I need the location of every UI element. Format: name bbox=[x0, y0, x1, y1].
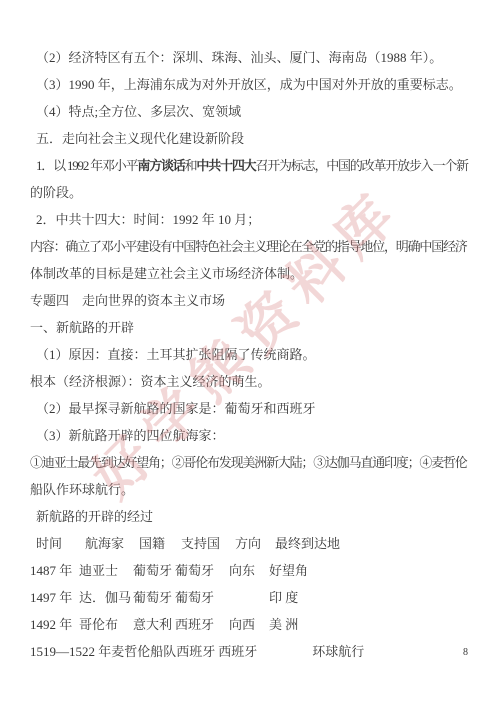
table-cell: 西班牙 bbox=[175, 611, 229, 638]
table-cell: 西班牙 bbox=[176, 638, 218, 665]
text-line: 五．走向社会主义现代化建设新阶段 bbox=[30, 125, 472, 152]
table-header-cell: 支持国 bbox=[181, 530, 235, 557]
table-header-cell: 最终到达地 bbox=[275, 530, 340, 557]
text-line: （2）经济特区有五个：深圳、珠海、汕头、厦门、海南岛（1988 年）。 bbox=[30, 44, 472, 71]
table-row: 1519—1522 年麦哲伦船队西班牙西班牙环球航行 bbox=[30, 638, 472, 665]
table-cell: 环球航行 bbox=[312, 638, 364, 665]
text-line: （3）1990 年，上海浦东成为对外开放区，成为中国对外开放的重要标志。 bbox=[30, 71, 472, 98]
text-line: 1．以 1992 年邓小平南方谈话和中共十四大召开为标志，中国的改革开放步入一个… bbox=[30, 152, 472, 179]
text-segment: 召开为标志，中国的改革开放步入一个新 bbox=[255, 158, 467, 173]
page-number: 8 bbox=[463, 646, 468, 660]
text-line: 的阶段。 bbox=[30, 179, 472, 206]
table-header-cell: 方向 bbox=[235, 530, 275, 557]
text-line: 新航路的开辟的经过 bbox=[30, 503, 472, 530]
table-header-cell: 航海家 bbox=[85, 530, 139, 557]
table-cell: 哥伦布 bbox=[79, 611, 133, 638]
table-cell: 葡萄牙 bbox=[175, 557, 229, 584]
bold-text-segment: 中共十四大 bbox=[196, 158, 255, 173]
table-cell: 葡萄牙 bbox=[133, 584, 175, 611]
table-cell: 1487 年 bbox=[30, 557, 79, 584]
table-cell: 迪亚士 bbox=[79, 557, 133, 584]
text-line: 内容：确立了邓小平建设有中国特色社会主义理论在全党的指导地位，明确中国经济 bbox=[30, 233, 472, 260]
text-line: 根本（经济根源）：资本主义经济的萌生。 bbox=[30, 368, 472, 395]
text-line: （3）新航路开辟的四位航海家： bbox=[30, 422, 472, 449]
text-line: （2）最早探寻新航路的国家是：葡萄牙和西班牙 bbox=[30, 395, 472, 422]
text-segment: 和 bbox=[185, 158, 197, 173]
table-cell: 美 洲 bbox=[269, 611, 298, 638]
table-row: 1487 年迪亚士葡萄牙葡萄牙向东好望角 bbox=[30, 557, 472, 584]
table-cell: 意大利 bbox=[133, 611, 175, 638]
text-line: （1）原因：直接：土耳其扩张阻隔了传统商路。 bbox=[30, 341, 472, 368]
table-cell: 1519—1522 年 bbox=[30, 638, 111, 665]
table-cell: 向西 bbox=[229, 611, 269, 638]
table-header-cell: 国籍 bbox=[139, 530, 181, 557]
table-cell: 西班牙 bbox=[218, 638, 272, 665]
table-cell bbox=[229, 584, 269, 611]
table-cell: 葡萄牙 bbox=[175, 584, 229, 611]
text-line: 专题四 走向世界的资本主义市场 bbox=[30, 287, 472, 314]
table-cell: 印 度 bbox=[269, 584, 298, 611]
text-line: （4）特点;全方位、多层次、宽领域 bbox=[30, 98, 472, 125]
table-cell: 1492 年 bbox=[30, 611, 79, 638]
table-cell: 达．伽马 bbox=[79, 584, 133, 611]
text-line: 体制改革的目标是建立社会主义市场经济体制。 bbox=[30, 260, 472, 287]
table-header-row: 时间航海家国籍支持国方向最终到达地 bbox=[30, 530, 472, 557]
table-row: 1497 年达．伽马葡萄牙葡萄牙印 度 bbox=[30, 584, 472, 611]
table-cell: 麦哲伦船队 bbox=[111, 638, 176, 665]
text-line: 一、新航路的开辟 bbox=[30, 314, 472, 341]
text-segment: 1．以 1992 年邓小平 bbox=[36, 158, 137, 173]
table-cell: 好望角 bbox=[269, 557, 308, 584]
table-cell: 葡萄牙 bbox=[133, 557, 175, 584]
table-cell: 1497 年 bbox=[30, 584, 79, 611]
document-content: （2）经济特区有五个：深圳、珠海、汕头、厦门、海南岛（1988 年）。（3）19… bbox=[30, 44, 472, 665]
text-line: ①迪亚士最先到达好望角；②哥伦布发现美洲新大陆；③达伽马直通印度；④麦哲伦 bbox=[30, 449, 472, 476]
text-line: 船队作环球航行。 bbox=[30, 476, 472, 503]
table-row: 1492 年哥伦布意大利西班牙向西美 洲 bbox=[30, 611, 472, 638]
document-page: 好学熊资料库 （2）经济特区有五个：深圳、珠海、汕头、厦门、海南岛（1988 年… bbox=[0, 0, 500, 707]
table-header-cell: 时间 bbox=[36, 530, 85, 557]
table-cell: 向东 bbox=[229, 557, 269, 584]
table-cell bbox=[272, 638, 312, 665]
bold-text-segment: 南方谈话 bbox=[137, 158, 184, 173]
text-line: 2．中共十四大：时间：1992 年 10 月； bbox=[30, 206, 472, 233]
